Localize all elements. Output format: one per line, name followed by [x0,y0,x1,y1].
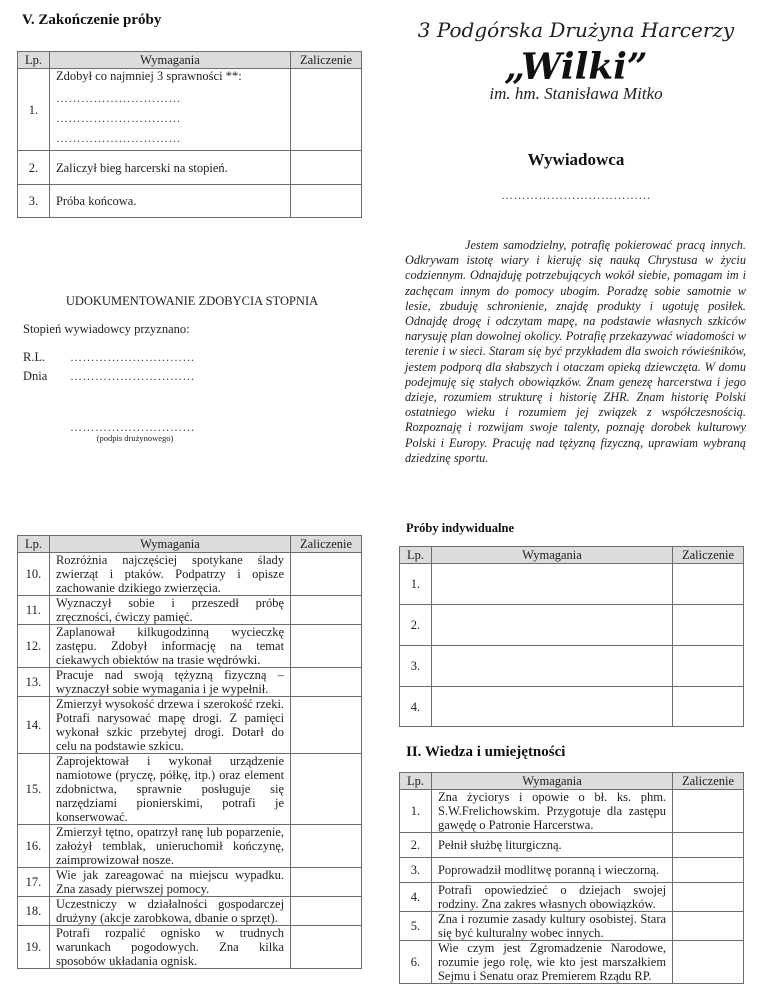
table-row: 1. Zdobył co najmniej 3 sprawności **: …… [18,69,362,151]
row-lp: 18. [18,897,50,926]
row-lp: 2. [400,833,432,858]
scout-name-field[interactable]: ……………………………… [384,188,768,203]
row-requirement: Próba końcowa. [49,185,290,218]
row-lp: 4. [400,883,432,912]
row-lp: 1. [400,790,432,833]
row-zaliczenie[interactable] [291,868,362,897]
table-row: 3. [400,646,744,687]
row-lp: 11. [18,596,50,625]
row-zaliczenie[interactable] [291,553,362,596]
org-line: 3 Podgórska Drużyna Harcerzy [384,18,768,42]
zakonczenie-table: Lp. Wymagania Zaliczenie 1. Zdobył co na… [17,51,362,218]
header-lp: Lp. [18,536,50,553]
row-zaliczenie[interactable] [291,185,362,218]
row-lp: 3. [18,185,50,218]
table-row: 2. Zaliczył bieg harcerski na stopień. [18,151,362,185]
awarded-label: Stopień wywiadowcy przyznano: [23,322,190,337]
row-zaliczenie[interactable] [291,697,362,754]
row-lp: 14. [18,697,50,754]
row-zaliczenie[interactable] [673,646,744,687]
table-row: 11.Wyznaczył sobie i przeszedł próbę zrę… [18,596,362,625]
header-zaliczenie: Zaliczenie [291,536,362,553]
row-zaliczenie[interactable] [673,564,744,605]
section-title-individual: Próby indywidualne [406,521,514,536]
table-header-row: Lp. Wymagania Zaliczenie [400,773,744,790]
row-requirement [431,687,672,727]
section-title-zakonczenie: V. Zakończenie próby [22,12,161,29]
table-row: 1. [400,564,744,605]
table-row: 3. Próba końcowa. [18,185,362,218]
header-zaliczenie: Zaliczenie [291,52,362,69]
knowledge-table: Lp. Wymagania Zaliczenie 1.Zna życiorys … [399,772,744,984]
table-header-row: Lp. Wymagania Zaliczenie [18,536,362,553]
row-zaliczenie[interactable] [291,69,362,151]
row-lp: 15. [18,754,50,825]
header-wymagania: Wymagania [49,52,290,69]
row-requirement: Potrafi opowiedzieć o dziejach swojej ro… [431,883,672,912]
header-lp: Lp. [400,773,432,790]
row-requirement: Potrafi rozpalić ognisko w trudnych waru… [49,926,290,969]
table-row: 1.Zna życiorys i opowie o bł. ks. phm. S… [400,790,744,833]
rank-description: Jestem samodzielny, potrafię pokierować … [405,238,746,466]
row-zaliczenie[interactable] [673,941,744,984]
row-requirement: Zna i rozumie zasady kultury osobistej. … [431,912,672,941]
table-header-row: Lp. Wymagania Zaliczenie [400,547,744,564]
row-requirement: Zmierzył wysokość drzewa i szerokość rze… [49,697,290,754]
header-lp: Lp. [400,547,432,564]
table-row: 5.Zna i rozumie zasady kultury osobistej… [400,912,744,941]
table-row: 15.Zaprojektował i wykonał urządzenie na… [18,754,362,825]
row-zaliczenie[interactable] [673,790,744,833]
header-zaliczenie: Zaliczenie [673,773,744,790]
row-requirement: Uczestniczy w działalności gospodarczej … [49,897,290,926]
table-row: 14.Zmierzył wysokość drzewa i szerokość … [18,697,362,754]
row-zaliczenie[interactable] [673,883,744,912]
section-title-knowledge: II. Wiedza i umiejętności [406,744,565,761]
row-lp: 3. [400,858,432,883]
table-row: 4. [400,687,744,727]
table-row: 19.Potrafi rozpalić ognisko w trudnych w… [18,926,362,969]
header-wymagania: Wymagania [431,547,672,564]
row-lp: 6. [400,941,432,984]
row-zaliczenie[interactable] [673,833,744,858]
row-zaliczenie[interactable] [291,151,362,185]
row-requirement [431,605,672,646]
row-lp: 3. [400,646,432,687]
row-zaliczenie[interactable] [673,912,744,941]
table-row: 3.Poprowadził modlitwę poranną i wieczor… [400,858,744,883]
row-lp: 16. [18,825,50,868]
header-wymagania: Wymagania [431,773,672,790]
row-lp: 17. [18,868,50,897]
row-lp: 5. [400,912,432,941]
table-row: 2. [400,605,744,646]
table-row: 12.Zaplanował kilkugodzinną wycieczkę za… [18,625,362,668]
rl-field[interactable]: ………………………… [70,350,195,365]
row-requirement: Zaliczył bieg harcerski na stopień. [49,151,290,185]
header-zaliczenie: Zaliczenie [673,547,744,564]
row-requirement: Wie czym jest Zgromadzenie Narodowe, roz… [431,941,672,984]
requirement-text: Zdobył co najmniej 3 sprawności **: [56,69,284,83]
row-requirement: Zaplanował kilkugodzinną wycieczkę zastę… [49,625,290,668]
row-lp: 1. [400,564,432,605]
row-requirement: Zmierzył tętno, opatrzył ranę lub poparz… [49,825,290,868]
table-row: 6.Wie czym jest Zgromadzenie Narodowe, r… [400,941,744,984]
date-label: Dnia [23,369,47,384]
row-requirement: Pełnił służbę liturgiczną. [431,833,672,858]
table-row: 4.Potrafi opowiedzieć o dziejach swojej … [400,883,744,912]
row-lp: 12. [18,625,50,668]
row-lp: 4. [400,687,432,727]
documentation-heading: UDOKUMENTOWANIE ZDOBYCIA STOPNIA [0,294,384,309]
signature-caption: (podpis drużynowego) [70,433,200,443]
row-zaliczenie[interactable] [673,605,744,646]
table-row: 18.Uczestniczy w działalności gospodarcz… [18,897,362,926]
row-requirement: Pracuje nad swoją tężyzną fizyczną – wyz… [49,668,290,697]
row-requirement: Zna życiorys i opowie o bł. ks. phm. S.W… [431,790,672,833]
row-lp: 10. [18,553,50,596]
row-lp: 2. [400,605,432,646]
table-row: 16.Zmierzył tętno, opatrzył ranę lub pop… [18,825,362,868]
row-zaliczenie[interactable] [291,754,362,825]
row-requirement [431,564,672,605]
row-zaliczenie[interactable] [673,858,744,883]
row-requirement: Zaprojektował i wykonał urządzenie namio… [49,754,290,825]
row-zaliczenie[interactable] [291,668,362,697]
badge-blank-2[interactable]: ………………………… [56,111,284,125]
header-lp: Lp. [18,52,50,69]
table-row: 10.Rozróżnia najczęściej spotykane ślady… [18,553,362,596]
org-name: „Wilki” [384,46,768,88]
badge-blank-1[interactable]: ………………………… [56,91,284,105]
rl-label: R.L. [23,350,45,365]
row-lp: 1. [18,69,50,151]
row-requirement: Zdobył co najmniej 3 sprawności **: …………… [49,69,290,151]
row-zaliczenie[interactable] [291,596,362,625]
row-lp: 19. [18,926,50,969]
row-requirement: Poprowadził modlitwę poranną i wieczorną… [431,858,672,883]
date-field[interactable]: ………………………… [70,369,195,384]
row-zaliczenie[interactable] [291,625,362,668]
row-requirement: Rozróżnia najczęściej spotykane ślady zw… [49,553,290,596]
row-zaliczenie[interactable] [291,926,362,969]
individual-table: Lp. Wymagania Zaliczenie 1.2.3.4. [399,546,744,727]
header-wymagania: Wymagania [49,536,290,553]
org-patron: im. hm. Stanisława Mitko [384,84,768,104]
badge-blank-3[interactable]: ………………………… [56,131,284,145]
row-requirement: Wyznaczył sobie i przeszedł próbę zręczn… [49,596,290,625]
row-requirement [431,646,672,687]
row-zaliczenie[interactable] [291,825,362,868]
rank-title: Wywiadowca [384,150,768,170]
requirements-table: Lp. Wymagania Zaliczenie 10.Rozróżnia na… [17,535,362,969]
row-lp: 2. [18,151,50,185]
row-lp: 13. [18,668,50,697]
table-row: 2.Pełnił służbę liturgiczną. [400,833,744,858]
row-requirement: Wie jak zareagować na miejscu wypadku. Z… [49,868,290,897]
row-zaliczenie[interactable] [673,687,744,727]
table-row: 13.Pracuje nad swoją tężyzną fizyczną – … [18,668,362,697]
row-zaliczenie[interactable] [291,897,362,926]
table-header-row: Lp. Wymagania Zaliczenie [18,52,362,69]
table-row: 17.Wie jak zareagować na miejscu wypadku… [18,868,362,897]
